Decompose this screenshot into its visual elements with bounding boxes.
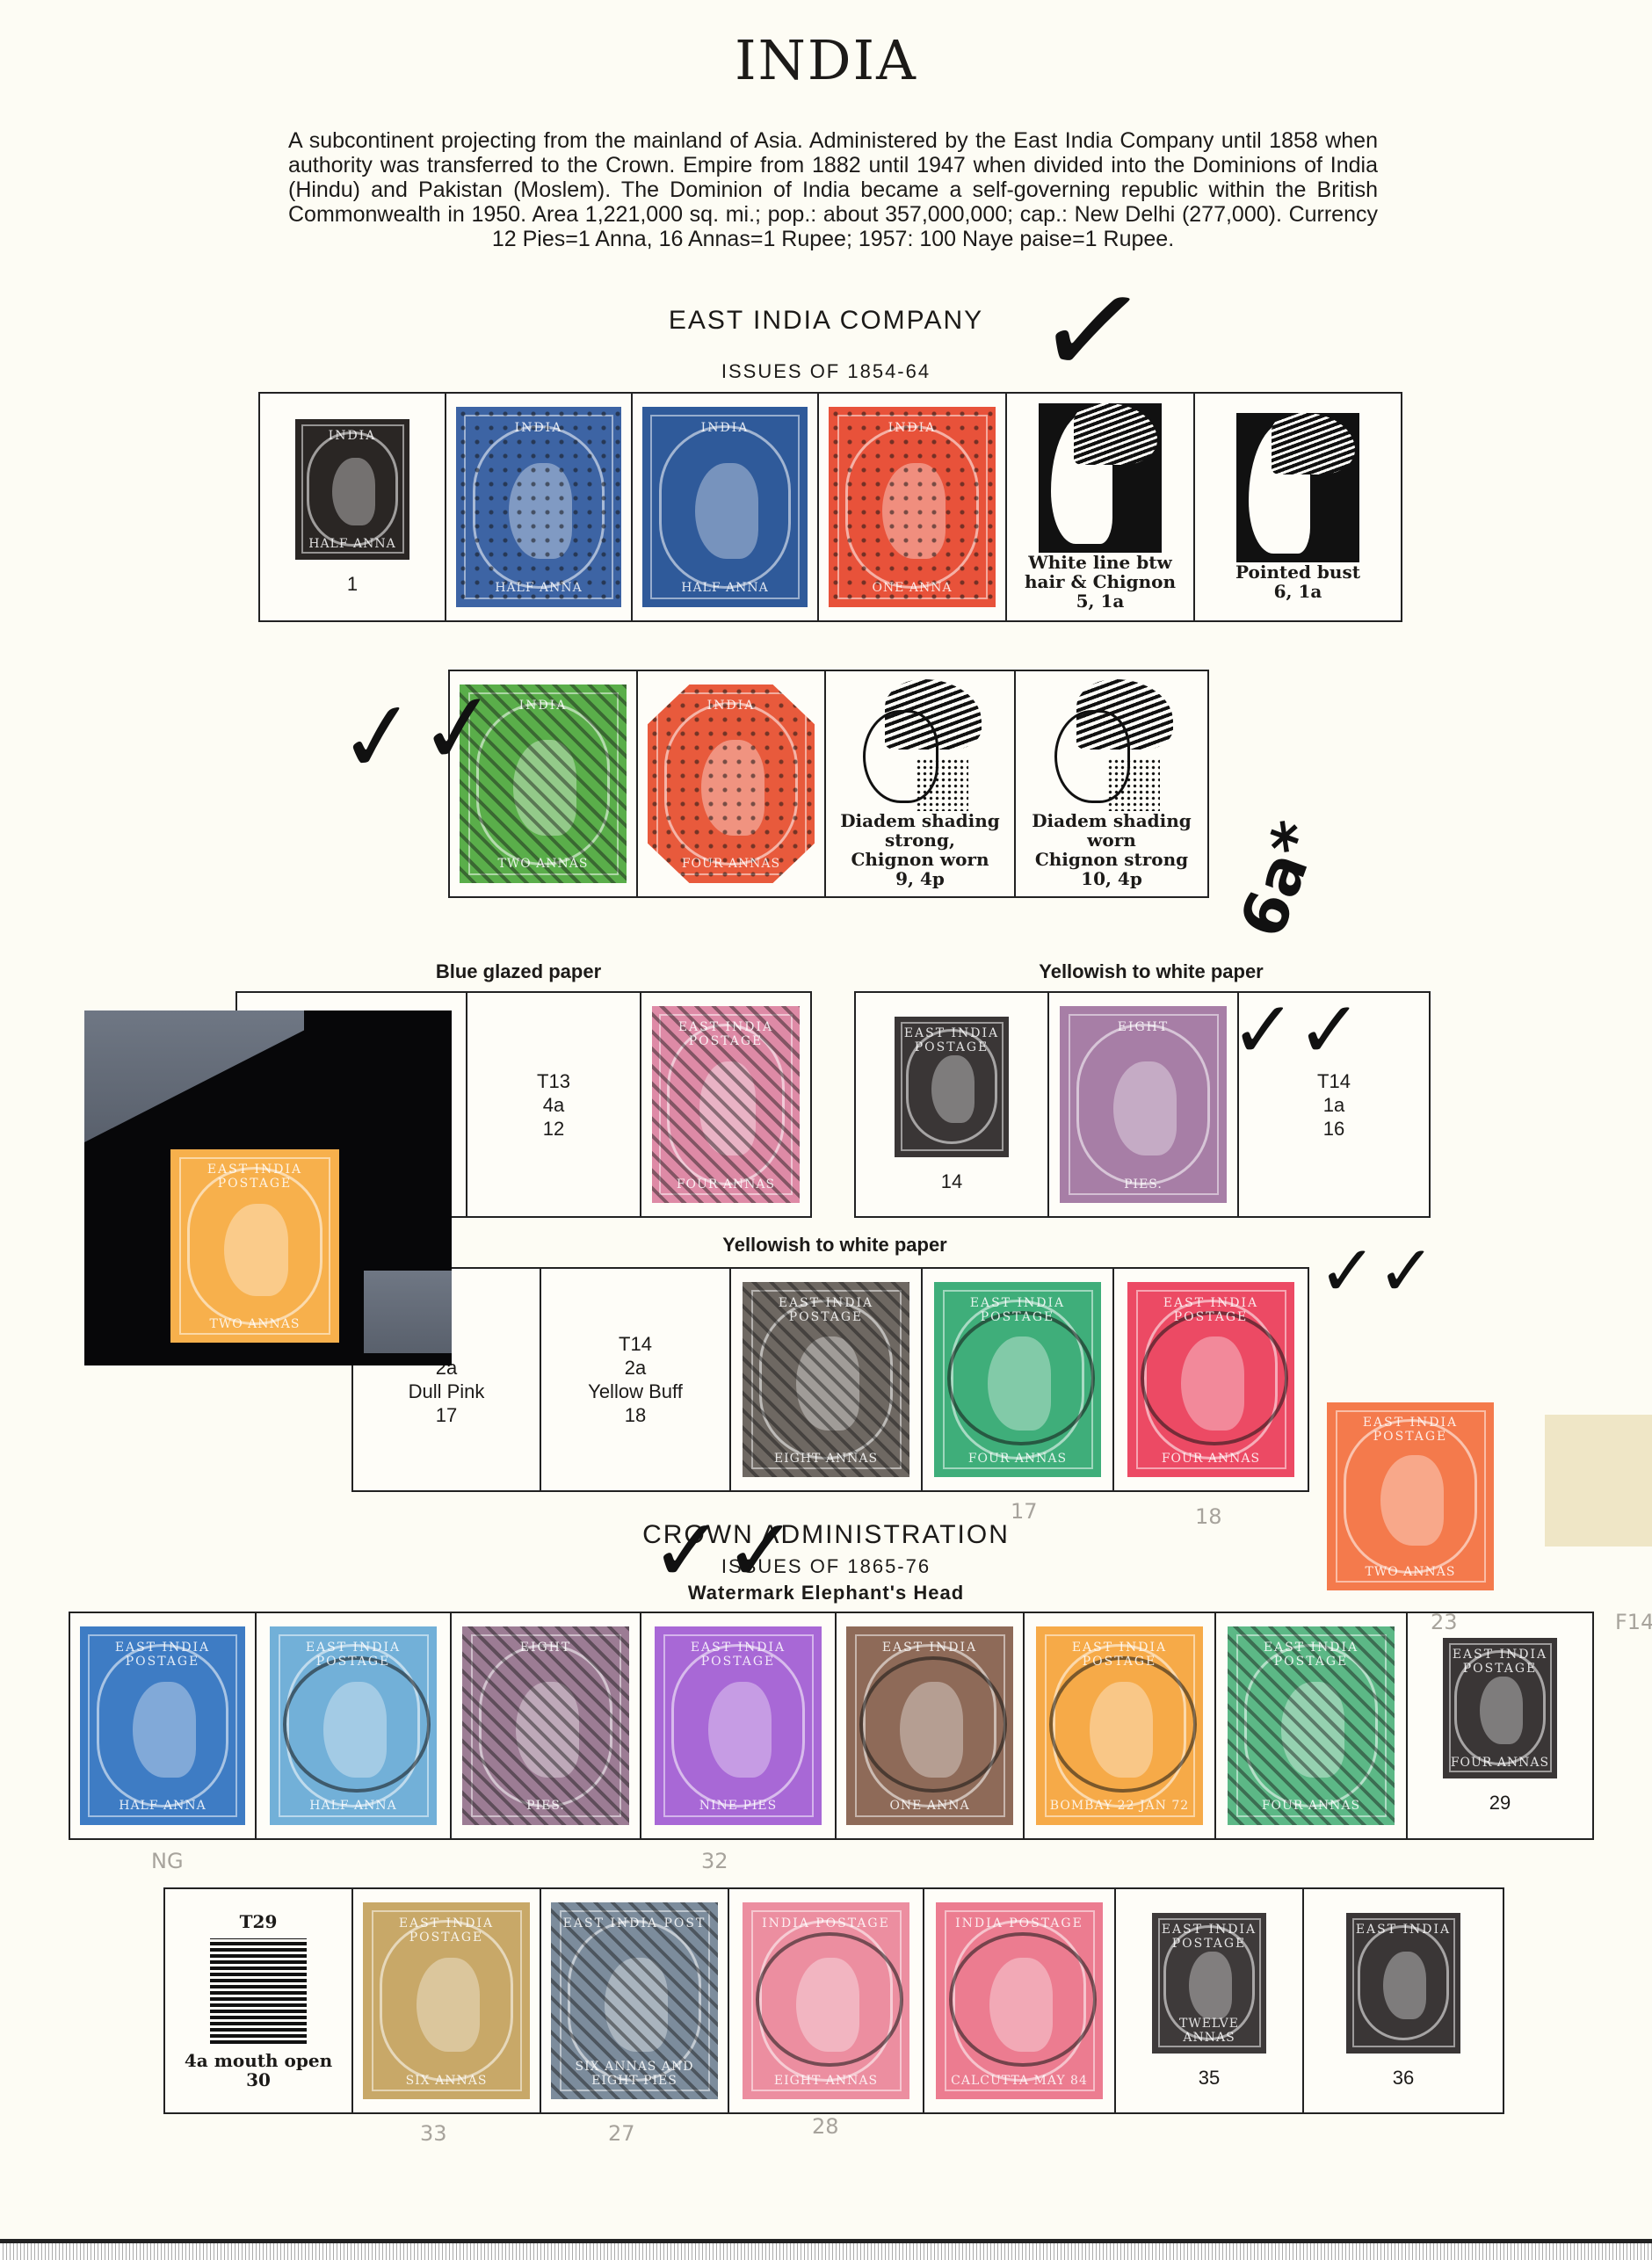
stamp-bottom-inscription: SIX ANNAS AND EIGHT PIES — [551, 2060, 718, 2088]
stamp-top-inscription: INDIA — [648, 699, 815, 713]
bust-illustration — [854, 679, 986, 811]
page-bottom-border — [0, 2239, 1652, 2260]
handwritten-check-row1: ✓ — [1027, 248, 1158, 415]
album-space: EAST INDIA36 — [1304, 1889, 1503, 2112]
caption-yellowish-2: Yellowish to white paper — [633, 1234, 1037, 1257]
album-space: INDIAONE ANNA — [819, 394, 1007, 620]
stamp-bottom-inscription: FOUR ANNAS — [1228, 1799, 1395, 1813]
stamp-bottom-inscription: FOUR ANNAS — [934, 1452, 1101, 1466]
pencil-note-28: 28 — [812, 2114, 839, 2139]
album-space: INDIAHALF ANNA — [446, 394, 633, 620]
stamp[interactable]: EAST INDIA POSTAGESIX ANNAS — [363, 1902, 530, 2099]
stamp-bottom-inscription: ONE ANNA — [829, 581, 996, 595]
cell-label: 36 — [1393, 2066, 1414, 2090]
stamp[interactable]: INDIAHALF ANNA — [456, 407, 621, 607]
stamp-top-inscription: EAST INDIA POSTAGE — [934, 1296, 1101, 1324]
stamp-top-inscription: EAST INDIA POSTAGE — [170, 1163, 339, 1191]
cell-label: White line btw hair & Chignon 5, 1a — [1025, 553, 1176, 611]
section-issues-eic: ISSUES OF 1854-64 — [0, 360, 1652, 383]
stamp-top-inscription: EAST INDIA POSTAGE — [1036, 1641, 1203, 1669]
stamp[interactable]: EAST INDIA POSTAGEBOMBAY 22 JAN 72 — [1036, 1626, 1203, 1825]
cell-label: T13 4a 12 — [537, 1069, 570, 1141]
stamp-top-inscription: INDIA — [295, 429, 409, 443]
album-space: EAST INDIA POSTAGESIX ANNAS — [353, 1889, 541, 2112]
stamp-bottom-inscription: FOUR ANNAS — [1127, 1452, 1294, 1466]
album-space: INDIAHALF ANNA — [633, 394, 819, 620]
album-space: T13 4a 12 — [467, 993, 641, 1216]
stamp-top-inscription: INDIA — [829, 421, 996, 435]
stamp[interactable]: EAST INDIA POSTSIX ANNAS AND EIGHT PIES — [551, 1902, 718, 2099]
stamp-bottom-inscription: EIGHT ANNAS — [743, 1452, 909, 1466]
album-space: EIGHTPIES. — [1049, 993, 1239, 1216]
album-space: EAST INDIA POSTSIX ANNAS AND EIGHT PIES — [541, 1889, 729, 2112]
stamp[interactable]: EAST INDIA POSTAGEEIGHT ANNAS — [743, 1282, 909, 1477]
stamp-bottom-inscription: TWELVE ANNAS — [1152, 2017, 1266, 2045]
stamp-top-inscription: EAST INDIA POSTAGE — [652, 1020, 800, 1048]
album-space: EAST INDIA POSTAGEFOUR ANNAS — [641, 993, 810, 1216]
stamp[interactable]: INDIA POSTAGECALCUTTA MAY 84 — [936, 1902, 1103, 2099]
stamp-bottom-inscription: EIGHT ANNAS — [743, 2074, 909, 2088]
album-space: EAST INDIA POSTAGEBOMBAY 22 JAN 72 — [1025, 1613, 1216, 1838]
stamp-top-inscription: EAST INDIA — [846, 1641, 1013, 1655]
stamp[interactable]: EAST INDIA POSTAGEFOUR ANNAS — [1127, 1282, 1294, 1477]
stock-card-stamp[interactable]: EAST INDIA POSTAGETWO ANNAS — [170, 1149, 339, 1343]
stamp[interactable]: EAST INDIA POSTAGENINE PIES — [655, 1626, 822, 1825]
album-space: EIGHTPIES. — [452, 1613, 641, 1838]
stamp-bottom-inscription: HALF ANNA — [80, 1799, 245, 1813]
cell-label: 1 — [347, 572, 358, 596]
pencil-note-23: 23 — [1431, 1610, 1458, 1634]
album-space: EAST INDIAONE ANNA — [837, 1613, 1025, 1838]
stamp-bottom-inscription: HALF ANNA — [642, 581, 808, 595]
album-space: EAST INDIA POSTAGE14 — [856, 993, 1049, 1216]
stamp[interactable]: INDIAFOUR ANNAS — [648, 685, 815, 883]
stamp-bottom-inscription: FOUR ANNAS — [1443, 1756, 1557, 1770]
stamp-top-inscription: INDIA POSTAGE — [936, 1916, 1103, 1930]
stamp-bottom-inscription: HALF ANNA — [295, 537, 409, 551]
stamp-top-inscription: EAST INDIA POSTAGE — [270, 1641, 437, 1669]
stamp-top-inscription: EAST INDIA POSTAGE — [80, 1641, 245, 1669]
stamp[interactable]: EAST INDIA POSTAGEFOUR ANNAS — [934, 1282, 1101, 1477]
pencil-note-18: 18 — [1195, 1504, 1222, 1529]
pencil-note-27: 27 — [608, 2121, 635, 2146]
album-space: White line btw hair & Chignon 5, 1a — [1007, 394, 1195, 620]
handwritten-double-check-row2: ✓✓ — [332, 669, 505, 798]
stamp-top-inscription: EAST INDIA POSTAGE — [743, 1296, 909, 1324]
handwritten-double-check-row4: ✓✓ — [1318, 1230, 1436, 1312]
stamp-top-inscription: EAST INDIA POSTAGE — [895, 1026, 1009, 1054]
album-space: EAST INDIA POSTAGEHALF ANNA — [70, 1613, 257, 1838]
stock-card-stamp[interactable]: EAST INDIA POSTAGETWO ANNAS — [170, 1149, 339, 1343]
album-printed-illustration: EAST INDIA — [1346, 1913, 1460, 2054]
handwritten-double-check-row3: ✓✓ — [1230, 984, 1363, 1076]
cell-label: T14 1a 16 — [1317, 1069, 1351, 1141]
album-space: EAST INDIA POSTAGENINE PIES — [641, 1613, 837, 1838]
stock-card-glassine — [84, 1010, 304, 1142]
stock-card-mount: EAST INDIA POSTAGETWO ANNAS — [84, 1010, 452, 1365]
album-printed-illustration: INDIAHALF ANNA — [295, 419, 409, 560]
stamp-bottom-inscription: ONE ANNA — [846, 1799, 1013, 1813]
section-issues-crown: ISSUES OF 1865-76 — [0, 1555, 1652, 1578]
album-space: Pointed bust 6, 1a — [1195, 394, 1401, 620]
stamp-bottom-inscription: BOMBAY 22 JAN 72 — [1036, 1799, 1203, 1813]
handwritten-double-check-crown: ✓✓ — [650, 1499, 798, 1602]
stamp[interactable]: INDIAONE ANNA — [829, 407, 996, 607]
album-space: INDIAFOUR ANNAS — [638, 671, 826, 896]
stamp-top-inscription: EAST INDIA POSTAGE — [1228, 1641, 1395, 1669]
stamp-top-inscription: INDIA — [456, 421, 621, 435]
pencil-note-33: 33 — [420, 2121, 447, 2146]
stamp-bottom-inscription: CALCUTTA MAY 84 — [936, 2074, 1103, 2088]
cell-label: 4a mouth open 30 — [185, 2051, 332, 2090]
stamp[interactable]: EIGHTPIES. — [462, 1626, 629, 1825]
section-heading-eic: EAST INDIA COMPANY — [0, 306, 1652, 336]
bust-illustration — [1046, 679, 1177, 811]
stamp[interactable]: INDIAHALF ANNA — [642, 407, 808, 607]
cell-label: Diadem shading strong, Chignon worn 9, 4… — [840, 811, 1000, 888]
stamp-top-inscription: EAST INDIA — [1346, 1923, 1460, 1937]
stamp-bottom-inscription: TWO ANNAS — [460, 857, 627, 871]
stamp[interactable]: EIGHTPIES. — [1060, 1006, 1227, 1203]
pencil-note-32: 32 — [701, 1849, 728, 1873]
stamp-row-2: INDIATWO ANNASINDIAFOUR ANNASDiadem shad… — [448, 670, 1209, 898]
bust-illustration — [1039, 403, 1162, 553]
album-space: Diadem shading worn Chignon strong 10, 4… — [1016, 671, 1207, 896]
album-space: EAST INDIA POSTAGEEIGHT ANNAS — [731, 1269, 923, 1490]
album-space: T294a mouth open 30 — [165, 1889, 353, 2112]
album-printed-illustration: EAST INDIA POSTAGE — [895, 1017, 1009, 1157]
stamp-top-inscription: EAST INDIA POSTAGE — [363, 1916, 530, 1945]
stamp[interactable]: EAST INDIA POSTAGEHALF ANNA — [80, 1626, 245, 1825]
stamp[interactable]: EAST INDIA POSTAGEHALF ANNA — [270, 1626, 437, 1825]
pencil-note-17: 17 — [1011, 1499, 1038, 1524]
stamp[interactable]: INDIA POSTAGEEIGHT ANNAS — [743, 1902, 909, 2099]
stamp-bottom-inscription: FOUR ANNAS — [648, 857, 815, 871]
stamp-bottom-inscription: TWO ANNAS — [170, 1317, 339, 1331]
handwritten-6a-note: 6a* — [1226, 813, 1333, 947]
stamp-top-inscription: INDIA — [642, 421, 808, 435]
stamp[interactable]: EAST INDIA POSTAGEFOUR ANNAS — [1228, 1626, 1395, 1825]
caption-yellowish-1: Yellowish to white paper — [967, 960, 1336, 983]
country-intro: A subcontinent projecting from the mainl… — [288, 128, 1378, 251]
album-space: EAST INDIA POSTAGEFOUR ANNAS29 — [1408, 1613, 1592, 1838]
stamp-bottom-inscription: PIES. — [1060, 1177, 1227, 1192]
stamp-top-inscription: EAST INDIA POSTAGE — [1443, 1648, 1557, 1676]
album-space: Diadem shading strong, Chignon worn 9, 4… — [826, 671, 1016, 896]
stamp-top-inscription: EAST INDIA POSTAGE — [1127, 1296, 1294, 1324]
section-heading-crown: CROWN ADMINISTRATION — [0, 1520, 1652, 1550]
stamp-row-5: EAST INDIA POSTAGEHALF ANNAEAST INDIA PO… — [69, 1612, 1594, 1840]
cell-label: 29 — [1489, 1791, 1511, 1815]
cell-label: Diadem shading worn Chignon strong 10, 4… — [1032, 811, 1192, 888]
album-space: INDIA POSTAGEEIGHT ANNAS — [729, 1889, 924, 2112]
stamp-top-inscription: EIGHT — [1060, 1020, 1227, 1034]
bust-illustration — [210, 1938, 307, 2044]
stamp[interactable]: EAST INDIA POSTAGEFOUR ANNAS — [652, 1006, 800, 1203]
album-space: EAST INDIA POSTAGETWELVE ANNAS35 — [1116, 1889, 1304, 2112]
cell-label: 35 — [1199, 2066, 1220, 2090]
stamp-top-inscription: EAST INDIA POSTAGE — [1152, 1923, 1266, 1951]
cell-label: T14 2a Yellow Buff 18 — [588, 1332, 683, 1427]
stamp-row-6: T294a mouth open 30EAST INDIA POSTAGESIX… — [163, 1887, 1504, 2114]
bust-illustration — [1236, 413, 1359, 562]
page-title: INDIA — [0, 28, 1652, 92]
stamp-row-1: INDIAHALF ANNA1INDIAHALF ANNAINDIAHALF A… — [258, 392, 1402, 622]
album-printed-illustration: EAST INDIA POSTAGEFOUR ANNAS — [1443, 1638, 1557, 1778]
stamp-row-4: 4 2a Dull Pink 17T14 2a Yellow Buff 18EA… — [351, 1267, 1309, 1492]
album-space: EAST INDIA POSTAGEFOUR ANNAS — [923, 1269, 1114, 1490]
stamp-top-inscription: EIGHT — [462, 1641, 629, 1655]
cell-label: Pointed bust 6, 1a — [1235, 562, 1360, 601]
stamp-top-inscription: EAST INDIA POSTAGE — [1327, 1416, 1494, 1444]
cell-label: 14 — [941, 1170, 962, 1193]
stamp-top-inscription: EAST INDIA POST — [551, 1916, 718, 1930]
stamp-bottom-inscription: HALF ANNA — [456, 581, 621, 595]
album-space: INDIA POSTAGECALCUTTA MAY 84 — [924, 1889, 1116, 2112]
caption-blue-glazed: Blue glazed paper — [369, 960, 668, 983]
stamp-bottom-inscription: NINE PIES — [655, 1799, 822, 1813]
stamp-bottom-inscription: FOUR ANNAS — [652, 1177, 800, 1192]
album-space: EAST INDIA POSTAGEHALF ANNA — [257, 1613, 452, 1838]
album-space: EAST INDIA POSTAGEFOUR ANNAS — [1114, 1269, 1308, 1490]
stamp-bottom-inscription: SIX ANNAS — [363, 2074, 530, 2088]
cell-label: T29 — [240, 1912, 278, 1931]
album-space: EAST INDIA POSTAGEFOUR ANNAS — [1216, 1613, 1408, 1838]
stamp[interactable]: EAST INDIAONE ANNA — [846, 1626, 1013, 1825]
album-space: INDIAHALF ANNA1 — [260, 394, 446, 620]
stamp-top-inscription: EAST INDIA POSTAGE — [655, 1641, 822, 1669]
album-printed-illustration: EAST INDIA POSTAGETWELVE ANNAS — [1152, 1913, 1266, 2054]
pencil-note-f14: F14 — [1615, 1610, 1652, 1634]
album-space: T14 2a Yellow Buff 18 — [541, 1269, 731, 1490]
stock-card-glassine-lower — [364, 1271, 452, 1353]
stamp-top-inscription: INDIA POSTAGE — [743, 1916, 909, 1930]
pencil-note-ng: NG — [151, 1849, 184, 1873]
stamp-bottom-inscription: HALF ANNA — [270, 1799, 437, 1813]
section-watermark-crown: Watermark Elephant's Head — [0, 1582, 1652, 1604]
stamp-bottom-inscription: PIES. — [462, 1799, 629, 1813]
